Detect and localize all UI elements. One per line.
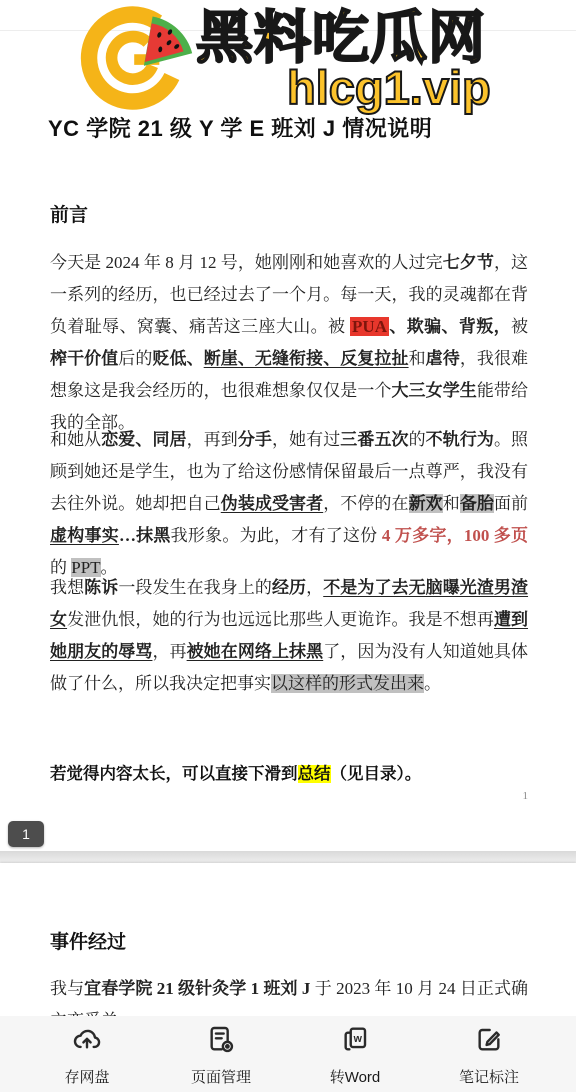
note-edit-icon [473, 1024, 505, 1061]
site-url: hlcg1.vip [287, 60, 567, 115]
preface-paragraph-3: 我想陈诉一段发生在我身上的经历，不是为了去无脑曝光渣男渣女发泄仇恨，她的行为也远… [50, 572, 528, 700]
convert-to-word-button[interactable]: w 转Word [288, 1024, 422, 1092]
bottom-toolbar: 存网盘 页面管理 w 转Word [0, 1016, 576, 1092]
word-convert-icon: w [339, 1024, 371, 1061]
toolbar-item-label: 存网盘 [64, 1066, 109, 1087]
svg-text:w: w [353, 1033, 363, 1045]
note-annotate-button[interactable]: 笔记标注 [422, 1024, 556, 1092]
document-page-1: 黑料吃瓜网 hlcg1.vip YC 学院 21 级 Y 学 E 班刘 J 情况… [0, 0, 576, 852]
page-indicator-badge: 1 [8, 821, 44, 847]
preface-heading: 前言 [50, 200, 530, 227]
skip-to-summary-note: 若觉得内容太长，可以直接下滑到总结（见目录）。 [50, 760, 528, 788]
toolbar-item-label: 转Word [330, 1066, 381, 1087]
document-page-2: 事件经过 我与宜春学院 21 级针灸学 1 班刘 J 于 2023 年 10 月… [0, 863, 576, 1016]
page-divider [0, 851, 576, 863]
save-to-cloud-button[interactable]: 存网盘 [20, 1024, 154, 1092]
preface-paragraph-1: 今天是 2024 年 8 月 12 号，她刚刚和她喜欢的人过完七夕节，这一系列的… [50, 247, 528, 439]
preface-paragraph-2: 和她从恋爱、同居，再到分手，她有过三番五次的不轨行为。照顾到她还是学生，也为了给… [50, 424, 528, 584]
toolbar-item-label: 页面管理 [191, 1066, 251, 1087]
page-manage-icon [205, 1024, 237, 1061]
document-title: YC 学院 21 级 Y 学 E 班刘 J 情况说明 [48, 112, 548, 143]
watermelon-logo-icon [76, 4, 204, 118]
page-manage-button[interactable]: 页面管理 [154, 1024, 288, 1092]
cloud-upload-icon [71, 1024, 103, 1061]
page-number: 1 [523, 790, 529, 802]
toolbar-item-label: 笔记标注 [459, 1066, 519, 1087]
events-heading: 事件经过 [50, 927, 530, 954]
